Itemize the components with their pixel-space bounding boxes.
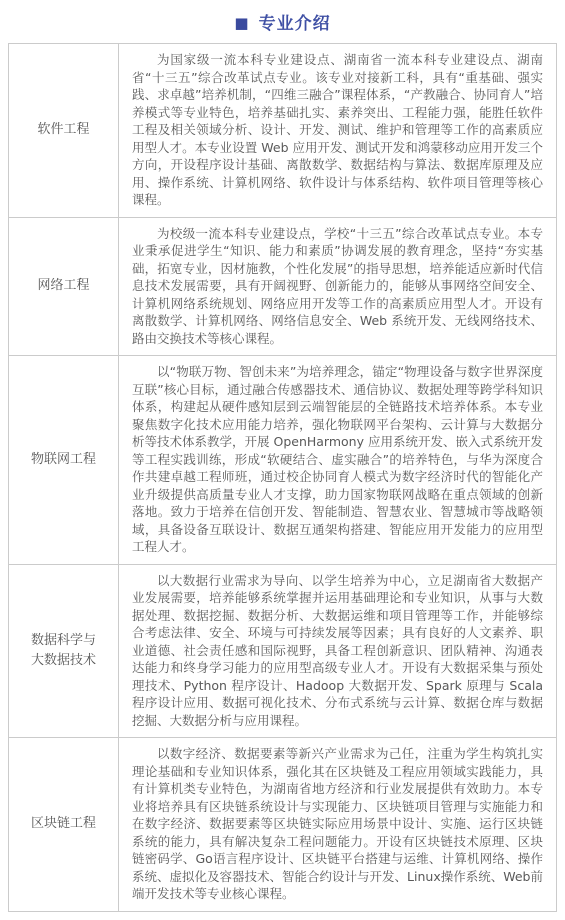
major-description: 为校级一流本科专业建设点，学校“十三五”综合改革试点专业。本专业秉承促进学生“知… xyxy=(132,225,543,348)
major-name-cell: 数据科学与 大数据技术 xyxy=(9,564,119,738)
table-row: 区块链工程 以数字经济、数据要素等新兴产业需求为己任，注重为学生构筑扎实理论基础… xyxy=(9,738,557,912)
major-description: 以大数据行业需求为导向、以学生培养为中心，立足湖南省大数据产业发展需要，培养能够… xyxy=(132,572,543,730)
major-name-cell: 网络工程 xyxy=(9,217,119,356)
page-title: ■专业介绍 xyxy=(0,0,565,40)
majors-table: 软件工程 为国家级一流本科专业建设点、湖南省一流本科专业建设点、湖南省“十三五”… xyxy=(8,43,557,912)
table-row: 网络工程 为校级一流本科专业建设点，学校“十三五”综合改革试点专业。本专业秉承促… xyxy=(9,217,557,356)
major-description-cell: 为校级一流本科专业建设点，学校“十三五”综合改革试点专业。本专业秉承促进学生“知… xyxy=(119,217,557,356)
page-title-text: 专业介绍 xyxy=(259,14,331,34)
table-row: 物联网工程 以“物联万物、智创未来”为培养理念，锚定“物理设备与数字世界深度互联… xyxy=(9,356,557,565)
major-name-cell: 物联网工程 xyxy=(9,356,119,565)
major-name-cell: 区块链工程 xyxy=(9,738,119,912)
major-description-cell: 以“物联万物、智创未来”为培养理念，锚定“物理设备与数字世界深度互联”核心目标，… xyxy=(119,356,557,565)
page: ■专业介绍 软件工程 为国家级一流本科专业建设点、湖南省一流本科专业建设点、湖南… xyxy=(0,0,565,912)
table-row: 软件工程 为国家级一流本科专业建设点、湖南省一流本科专业建设点、湖南省“十三五”… xyxy=(9,44,557,218)
major-description-cell: 以大数据行业需求为导向、以学生培养为中心，立足湖南省大数据产业发展需要，培养能够… xyxy=(119,564,557,738)
major-description: 以“物联万物、智创未来”为培养理念，锚定“物理设备与数字世界深度互联”核心目标，… xyxy=(132,363,543,556)
table-row: 数据科学与 大数据技术 以大数据行业需求为导向、以学生培养为中心，立足湖南省大数… xyxy=(9,564,557,738)
major-name-cell: 软件工程 xyxy=(9,44,119,218)
major-description: 为国家级一流本科专业建设点、湖南省一流本科专业建设点、湖南省“十三五”综合改革试… xyxy=(132,51,543,209)
major-description: 以数字经济、数据要素等新兴产业需求为己任，注重为学生构筑扎实理论基础和专业知识体… xyxy=(132,745,543,903)
major-description-cell: 为国家级一流本科专业建设点、湖南省一流本科专业建设点、湖南省“十三五”综合改革试… xyxy=(119,44,557,218)
major-description-cell: 以数字经济、数据要素等新兴产业需求为己任，注重为学生构筑扎实理论基础和专业知识体… xyxy=(119,738,557,912)
blue-square-icon: ■ xyxy=(234,14,249,32)
